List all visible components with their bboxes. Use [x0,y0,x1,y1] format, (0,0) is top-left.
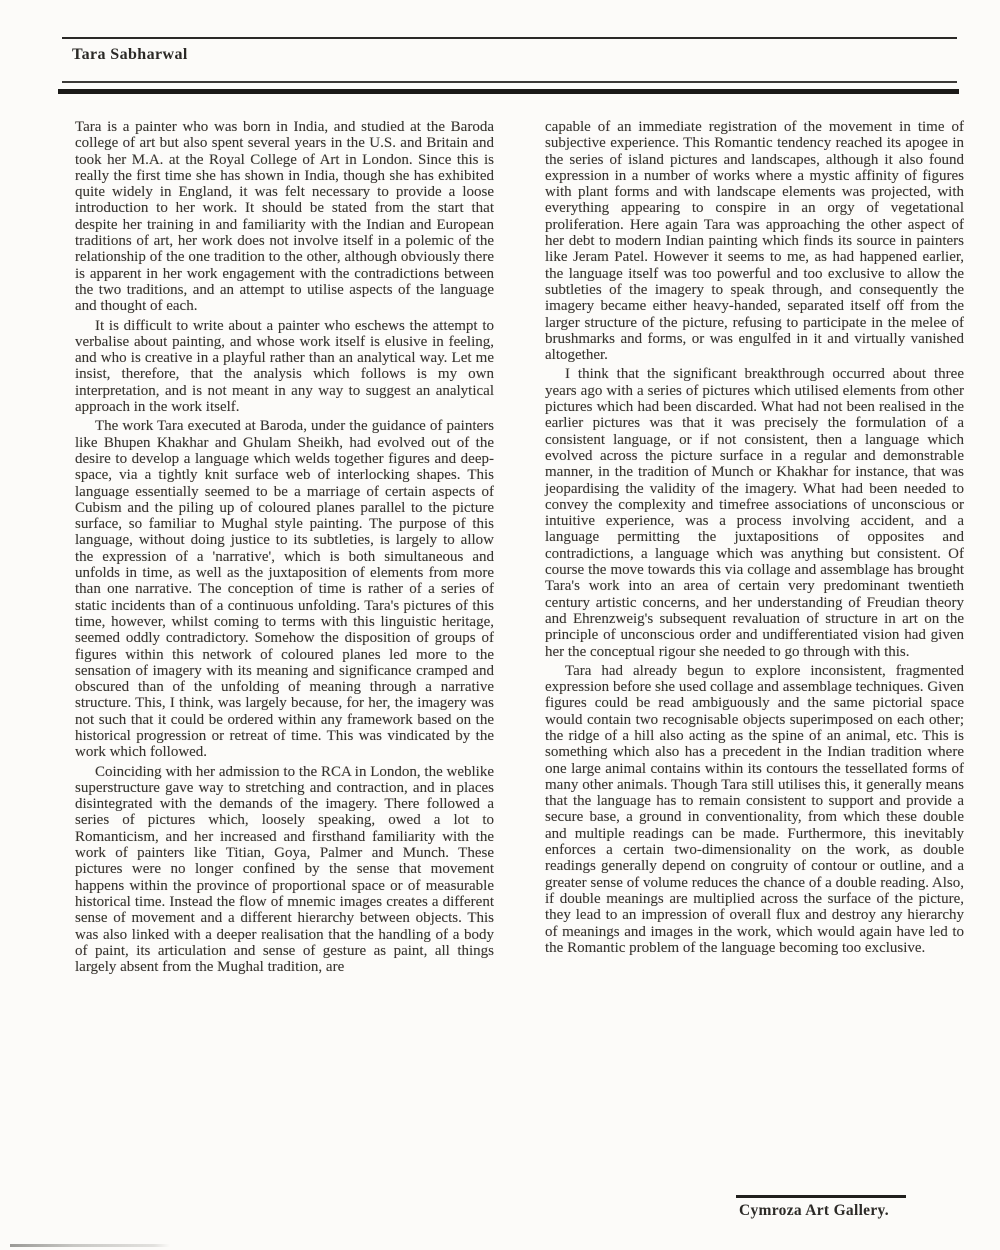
paragraph: Tara had already begun to explore incons… [545,663,964,956]
paragraph: It is difficult to write about a painter… [75,318,494,416]
page-title: Tara Sabharwal [72,46,188,64]
header-divider-thick [58,89,959,94]
scan-artifact-line [10,1244,170,1247]
article-right-column: capable of an immediate registration of … [545,119,964,959]
gallery-credit: Cymroza Art Gallery. [739,1202,889,1220]
paragraph: I think that the significant breakthroug… [545,366,964,659]
header-divider-thin [62,81,957,83]
paragraph: Tara is a painter who was born in India,… [75,119,494,315]
footer-rule [736,1195,906,1198]
scanned-article-page: Tara Sabharwal Tara is a painter who was… [0,0,1000,1250]
paragraph: Coinciding with her admission to the RCA… [75,764,494,976]
header-top-rule [62,37,957,39]
paragraph: capable of an immediate registration of … [545,119,964,363]
paragraph: The work Tara executed at Baroda, under … [75,418,494,760]
article-left-column: Tara is a painter who was born in India,… [75,119,494,978]
